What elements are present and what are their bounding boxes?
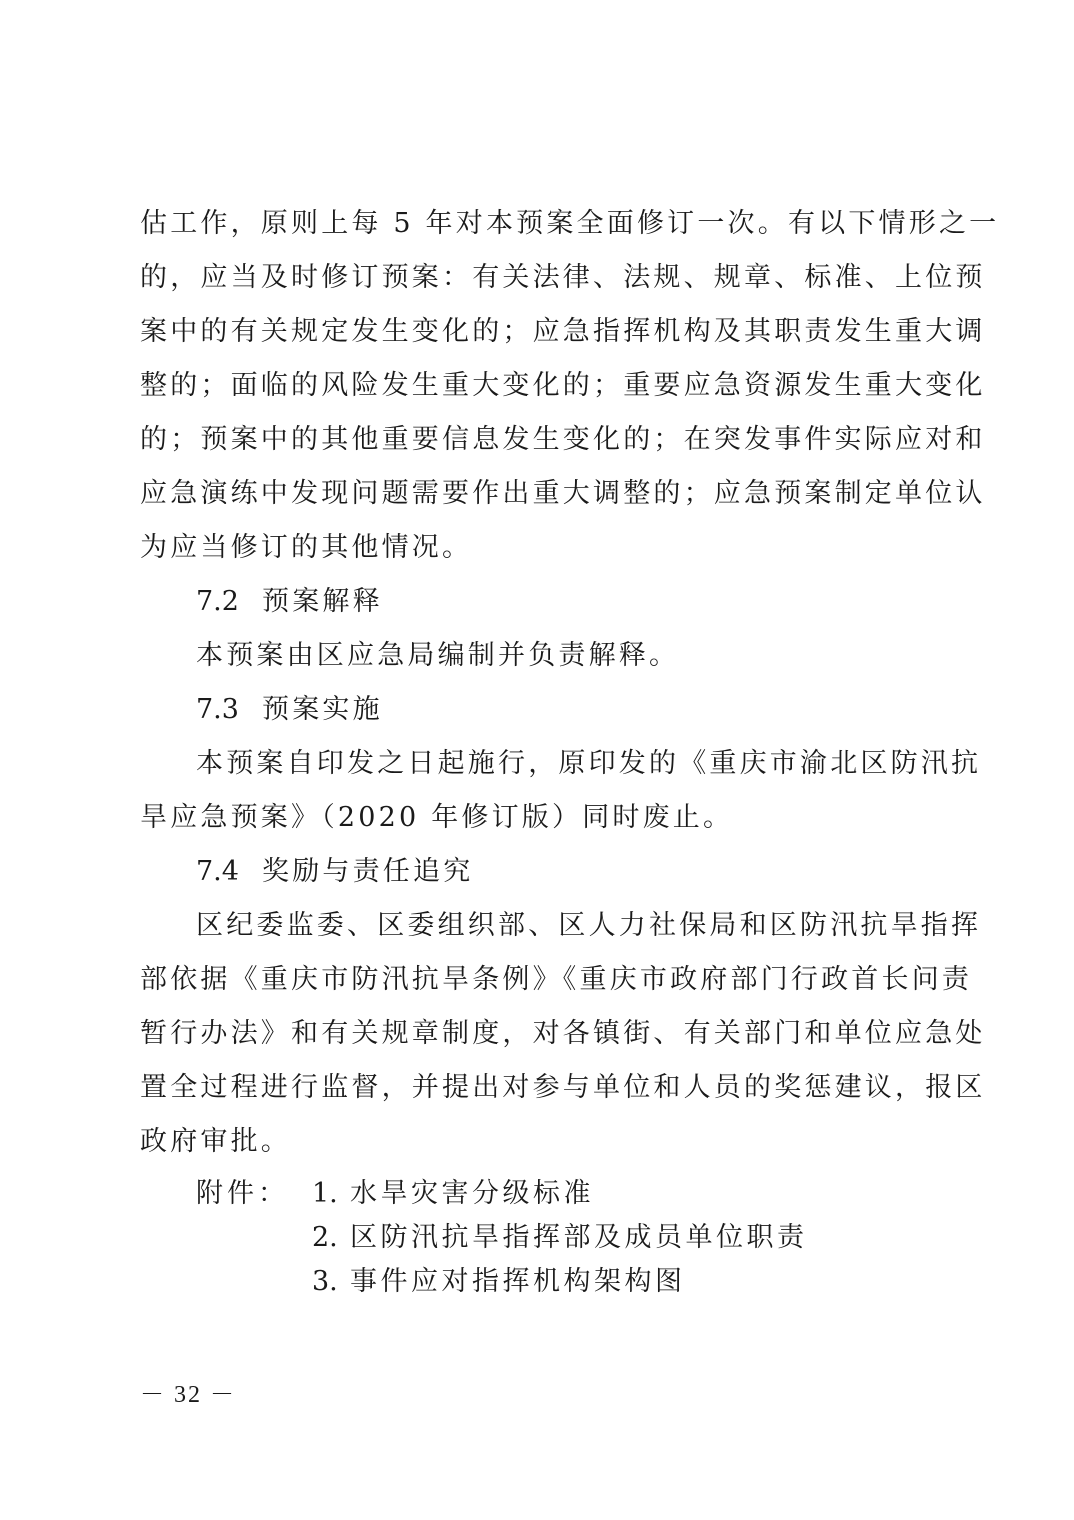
section-body-line: 置全过程进行监督，并提出对参与单位和人员的奖惩建议，报区 <box>140 1072 940 1104</box>
section-body-line: 区纪委监委、区委组织部、区人力社保局和区防汛抗旱指挥 <box>196 910 940 942</box>
section-heading-7-3: 7.3预案实施 <box>196 694 940 726</box>
attachment-item: 2.区防汛抗旱指挥部及成员单位职责 <box>312 1222 808 1254</box>
section-title: 预案实施 <box>262 694 383 725</box>
body-line: 的，应当及时修订预案：有关法律、法规、规章、标准、上位预 <box>140 262 940 294</box>
body-line: 应急演练中发现问题需要作出重大调整的；应急预案制定单位认 <box>140 478 940 510</box>
document-page: 估工作，原则上每 5 年对本预案全面修订一次。有以下情形之一 的，应当及时修订预… <box>0 0 1074 1520</box>
section-body-line: 本预案由区应急局编制并负责解释。 <box>196 640 940 672</box>
body-line: 为应当修订的其他情况。 <box>140 532 940 564</box>
section-body-line: 本预案自印发之日起施行，原印发的《重庆市渝北区防汛抗 <box>196 748 940 780</box>
body-line: 整的；面临的风险发生重大变化的；重要应急资源发生重大变化 <box>140 370 940 402</box>
section-title: 奖励与责任追究 <box>262 856 473 887</box>
section-body-line: 政府审批。 <box>140 1126 940 1158</box>
section-title: 预案解释 <box>262 586 383 617</box>
body-line: 案中的有关规定发生变化的；应急指挥机构及其职责发生重大调 <box>140 316 940 348</box>
section-heading-7-4: 7.4奖励与责任追究 <box>196 856 940 888</box>
body-line: 估工作，原则上每 5 年对本预案全面修订一次。有以下情形之一 <box>140 208 940 240</box>
attachment-item: 3.事件应对指挥机构架构图 <box>312 1266 686 1298</box>
section-number: 7.3 <box>196 694 262 726</box>
section-body-line: 旱应急预案》（2020 年修订版）同时废止。 <box>140 802 940 834</box>
section-body-line: 暂行办法》和有关规章制度，对各镇街、有关部门和单位应急处 <box>140 1018 940 1050</box>
body-line: 的；预案中的其他重要信息发生变化的；在突发事件实际应对和 <box>140 424 940 456</box>
section-number: 7.2 <box>196 586 262 618</box>
attachment-item: 1.水旱灾害分级标准 <box>312 1178 594 1210</box>
section-heading-7-2: 7.2预案解释 <box>196 586 940 618</box>
section-body-line: 部依据《重庆市防汛抗旱条例》《重庆市政府部门行政首长问责 <box>140 964 940 996</box>
attachments-label: 附件： <box>196 1178 289 1210</box>
section-number: 7.4 <box>196 856 262 888</box>
page-number: － 32 － <box>140 1380 236 1410</box>
